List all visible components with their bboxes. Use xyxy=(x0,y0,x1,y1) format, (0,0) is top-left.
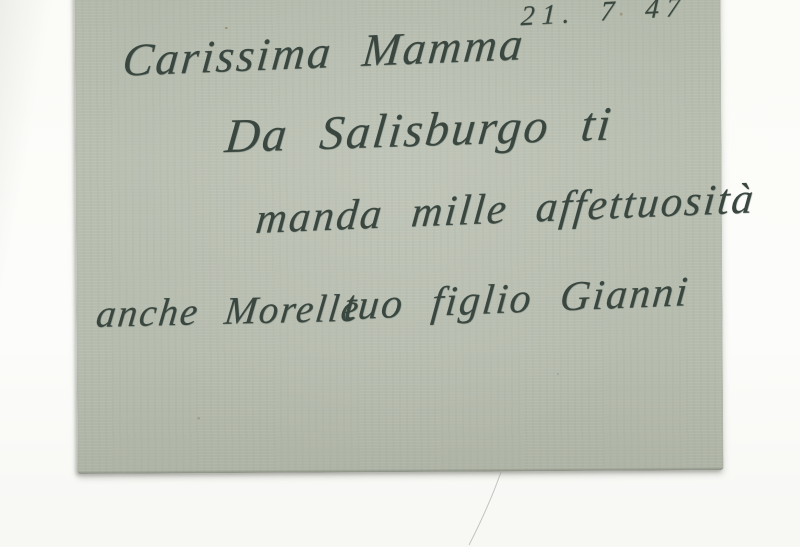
handwritten-line-4-left: anche Morelle xyxy=(94,286,363,337)
crease-line xyxy=(455,468,515,547)
date-text: 21. 7 47 xyxy=(520,0,688,32)
paper-speck xyxy=(197,417,200,419)
handwritten-date: 21. 7 47 xyxy=(520,0,688,33)
handwritten-signature: tuo figlio Gianni xyxy=(342,268,692,330)
handwritten-line-greeting: Carissima Mamma xyxy=(120,17,527,87)
handwritten-line-3: manda mille affettuosità xyxy=(254,174,758,244)
paper-speck xyxy=(620,13,623,16)
handwritten-line-2: Da Salisburgo ti xyxy=(222,96,615,164)
scanned-postcard-image: 21. 7 47 Carissima Mamma Da Salisburgo t… xyxy=(0,0,800,547)
paper-speck xyxy=(557,373,559,375)
paper-speck xyxy=(225,27,228,29)
postcard: 21. 7 47 Carissima Mamma Da Salisburgo t… xyxy=(75,0,724,474)
